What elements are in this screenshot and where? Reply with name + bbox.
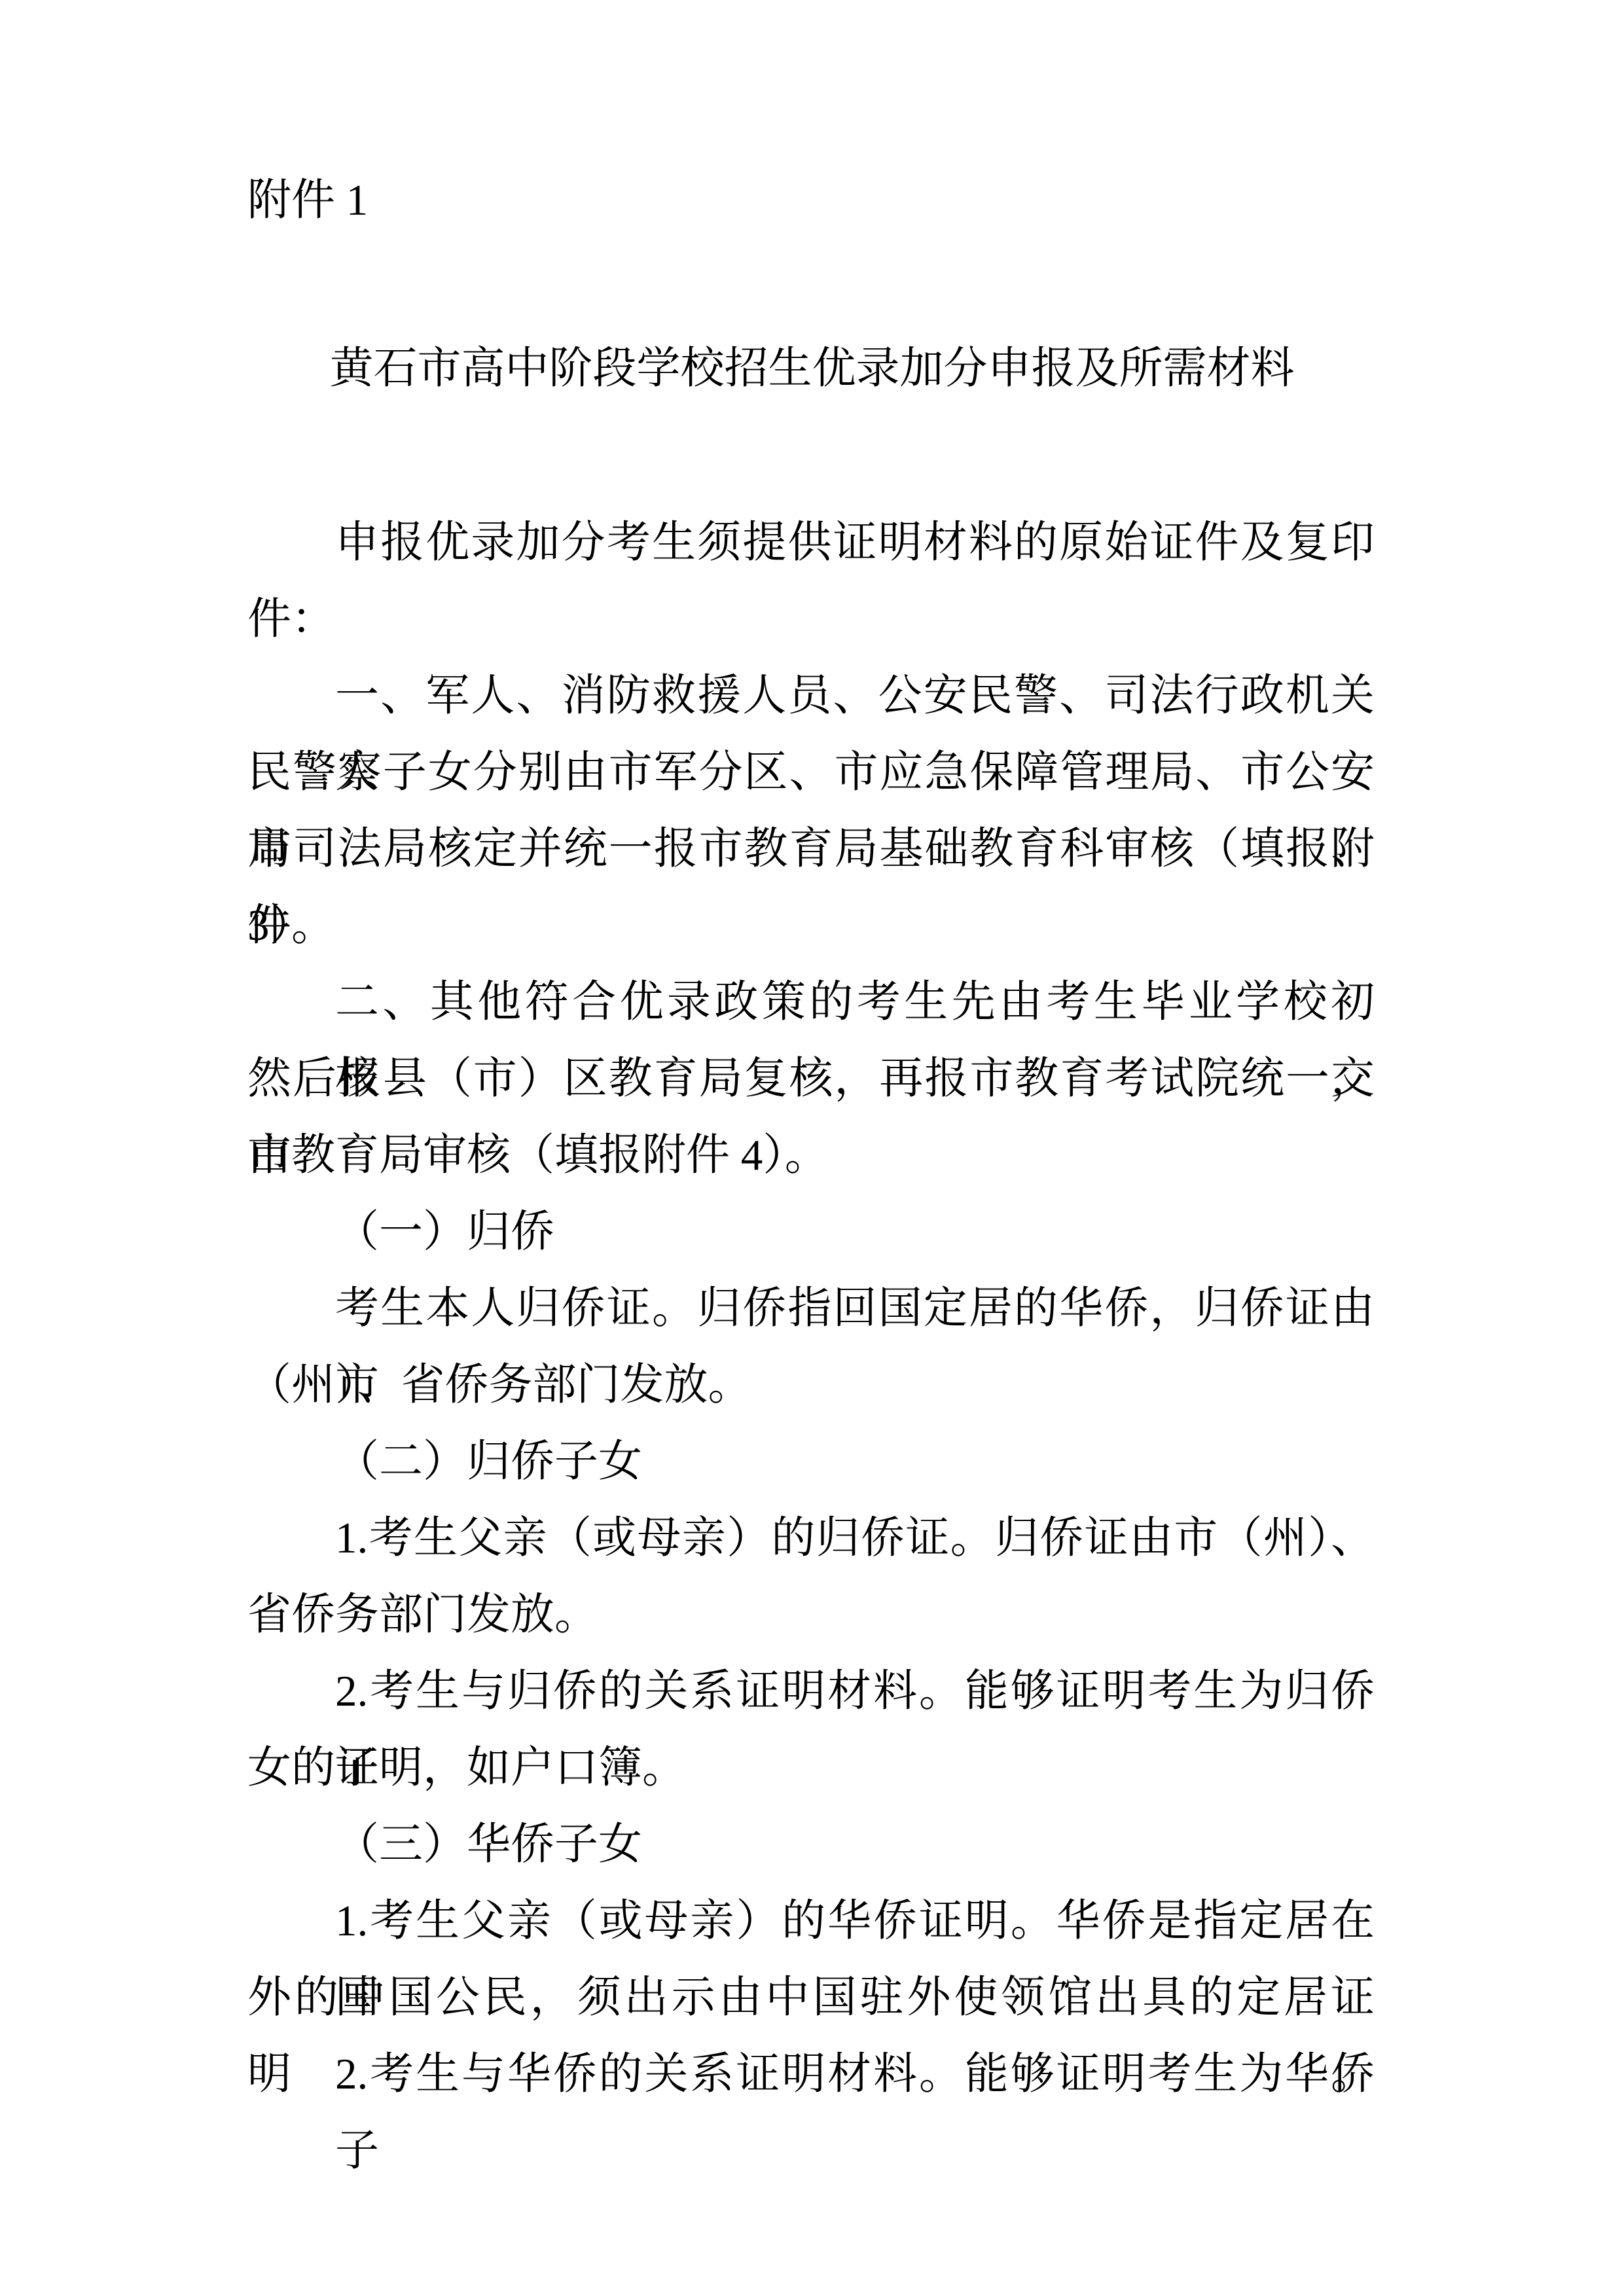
document-line: 申报优录加分考生须提供证明材料的原始证件及复印 <box>247 505 1375 581</box>
document-line: 然后报县（市）区教育局复核，再报市教育考试院统一交由 <box>247 1041 1375 1117</box>
document-line: （二）归侨子女 <box>247 1424 1375 1500</box>
document-line: （一）归侨 <box>247 1194 1375 1270</box>
document-line: 市司法局核定并统一报市教育局基础教育科审核（填报附件 <box>247 811 1375 888</box>
document-page: 附件 1 黄石市高中阶段学校招生优录加分申报及所需材料 申报优录加分考生须提供证… <box>0 0 1624 2296</box>
attachment-label: 附件 1 <box>247 162 368 239</box>
document-line: 市教育局审核（填报附件 4）。 <box>247 1117 1375 1194</box>
document-line: 2.考生与归侨的关系证明材料。能够证明考生为归侨子 <box>247 1653 1375 1730</box>
document-line: 1.考生父亲（或母亲）的华侨证明。华侨是指定居在国 <box>247 1883 1375 1960</box>
document-body: 申报优录加分考生须提供证明材料的原始证件及复印件：一、军人、消防救援人员、公安民… <box>247 505 1375 2113</box>
document-line: （三）华侨子女 <box>247 1806 1375 1883</box>
document-line: 一、军人、消防救援人员、公安民警、司法行政机关人 <box>247 658 1375 734</box>
document-line: 女的证明，如户口簿。 <box>247 1730 1375 1806</box>
document-line: 二、其他符合优录政策的考生先由考生毕业学校初核， <box>247 964 1375 1041</box>
document-line: 省侨务部门发放。 <box>247 1577 1375 1653</box>
document-line: （州）、省侨务部门发放。 <box>247 1347 1375 1424</box>
document-line: 考生本人归侨证。归侨指回国定居的华侨，归侨证由市 <box>247 1270 1375 1347</box>
document-line: 1.考生父亲（或母亲）的归侨证。归侨证由市（州）、 <box>247 1500 1375 1577</box>
document-line: 3）。 <box>247 888 1375 964</box>
document-line: 民警察子女分别由市军分区、市应急保障管理局、市公安局、 <box>247 734 1375 811</box>
document-line: 外的中国公民，须出示由中国驻外使领馆出具的定居证明。 <box>247 1960 1375 2036</box>
page-title: 黄石市高中阶段学校招生优录加分申报及所需材料 <box>0 331 1624 407</box>
document-line: 2.考生与华侨的关系证明材料。能够证明考生为华侨子 <box>247 2036 1375 2113</box>
document-line: 件： <box>247 581 1375 658</box>
